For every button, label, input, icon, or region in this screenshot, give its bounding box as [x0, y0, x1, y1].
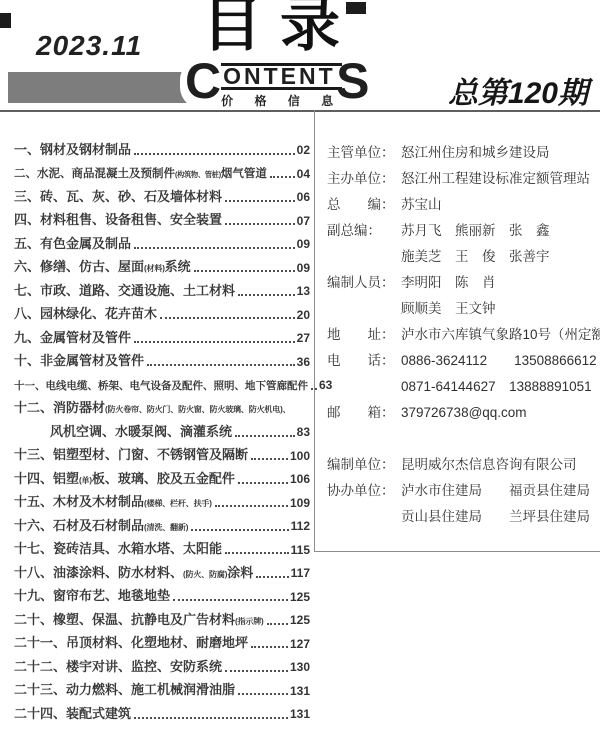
dotted-leader: [238, 693, 288, 695]
page-title: 目录: [202, 0, 358, 58]
toc-item: 二十二、楼宇对讲、监控、安防系统130: [14, 651, 310, 675]
toc-item: 十八、油漆涂料、防水材料、(防火、防腐)涂料117: [14, 557, 310, 581]
page-number: 106: [290, 473, 310, 486]
contents-letter-s: S: [336, 58, 369, 104]
info-label: 主办单位：: [327, 166, 401, 192]
issue-date: 2023.11: [36, 30, 142, 62]
toc-item: 九、金属管材及管件27: [14, 322, 310, 346]
toc-item-title: 二、水泥、商品混凝土及预制件(构筑物、管桩)烟气管道: [14, 168, 267, 181]
info-line: 顾顺美 王文钟: [327, 296, 596, 322]
info-line: 主办单位：怒江州工程建设标准定额管理站: [327, 166, 596, 192]
dotted-leader: [238, 294, 295, 296]
page-number: 07: [297, 215, 310, 228]
toc-item: 十六、石材及石材制品(清洗、翻新)112: [14, 510, 310, 534]
page-number: 04: [297, 168, 310, 181]
toc-item: 六、修缮、仿古、屋面(材料)系统09: [14, 252, 310, 276]
page-number: 36: [297, 356, 310, 369]
toc-item-title: 九、金属管材及管件: [14, 331, 131, 346]
page-number: 02: [297, 144, 310, 157]
info-line: 编制人员：李明阳 陈 肖: [327, 270, 596, 296]
page-number: 125: [290, 591, 310, 604]
toc-item-title: 风机空调、水暖泵阀、滴灌系统: [50, 425, 232, 440]
toc-item-title: 十五、木材及木材制品(楼梯、栏杆、扶手): [14, 495, 212, 510]
info-line: 副总编：苏月飞 熊丽新 张 鑫: [327, 218, 596, 244]
page-number: 112: [291, 520, 310, 533]
info-line: 地 址：泸水市六库镇气象路10号（州定额站）: [327, 322, 596, 348]
infobox: 主管单位：怒江州住房和城乡建设局主办单位：怒江州工程建设标准定额管理站总 编：苏…: [314, 110, 600, 552]
info-label: 电 话：: [327, 348, 401, 374]
toc-item-title: 五、有色金属及制品: [14, 237, 131, 252]
title-black-mark: [346, 2, 366, 14]
toc-item-title: 十四、铝塑(单)板、玻璃、胶及五金配件: [14, 472, 235, 487]
dotted-leader: [194, 270, 295, 272]
info-line: 协办单位：泸水市住建局 福贡县住建局: [327, 478, 596, 504]
page-number: 130: [290, 661, 310, 674]
page-number: 115: [291, 544, 310, 557]
info-label: 编制单位：: [327, 452, 401, 478]
toc-item: 十九、窗帘布艺、地毯地垫125: [14, 581, 310, 605]
info-value: 苏宝山: [401, 192, 596, 218]
toc-item: 十七、瓷砖洁具、水箱水塔、太阳能115: [14, 534, 310, 558]
dotted-leader: [251, 458, 288, 460]
info-value: 贡山县住建局 兰坪县住建局: [401, 504, 596, 530]
info-line: 电 话：0886-3624112 13508866612（陈工）: [327, 348, 596, 374]
dotted-leader: [134, 247, 295, 249]
info-label: 主管单位：: [327, 140, 401, 166]
toc-item-title: 四、材料租售、设备租售、安全装置: [14, 213, 222, 228]
page-number: 09: [297, 262, 310, 275]
toc-item-title: 十六、石材及石材制品(清洗、翻新): [14, 519, 188, 534]
toc-item: 二、水泥、商品混凝土及预制件(构筑物、管桩)烟气管道04: [14, 158, 310, 182]
dotted-leader: [160, 317, 295, 319]
page-number: 13: [297, 285, 310, 298]
page-number: 83: [297, 426, 310, 439]
info-line: 0871-64144627 13888891051（王工）: [327, 374, 596, 400]
toc-item-title: 二十四、装配式建筑: [14, 707, 131, 722]
toc-item-title: 十一、电线电缆、桥架、电气设备及配件、照明、地下管廊配件: [14, 380, 308, 392]
infobox-lines: 主管单位：怒江州住房和城乡建设局主办单位：怒江州工程建设标准定额管理站总 编：苏…: [327, 140, 596, 530]
toc-item: 二十一、吊顶材料、化塑地材、耐磨地坪127: [14, 628, 310, 652]
dotted-leader: [256, 576, 288, 578]
info-value: 泸水市住建局 福贡县住建局: [401, 478, 596, 504]
toc-item-title: 六、修缮、仿古、屋面(材料)系统: [14, 260, 191, 275]
page-number: 131: [290, 685, 310, 698]
toc-item: 五、有色金属及制品09: [14, 228, 310, 252]
dotted-leader: [251, 646, 288, 648]
dotted-leader: [235, 435, 295, 437]
page-number: 06: [297, 191, 310, 204]
page-number: 09: [297, 238, 310, 251]
dotted-leader: [173, 599, 288, 601]
dotted-leader: [134, 153, 295, 155]
dotted-leader: [147, 364, 295, 366]
info-label: 总 编：: [327, 192, 401, 218]
toc-item-title: 三、砖、瓦、灰、砂、石及墙体材料: [14, 190, 222, 205]
toc-page: 2023.11 目录 C ONTENT 价 格 信 息 S 总第120期 一、钢…: [0, 0, 600, 732]
toc-item: 二十四、装配式建筑131: [14, 698, 310, 722]
info-value: 苏月飞 熊丽新 张 鑫: [401, 218, 596, 244]
info-line: 编制单位：昆明威尔杰信息咨询有限公司: [327, 452, 596, 478]
dotted-leader: [267, 623, 288, 625]
info-label: 邮 箱：: [327, 400, 401, 426]
toc-item-title: 十九、窗帘布艺、地毯地垫: [14, 589, 170, 604]
contents-word: ONTENT: [221, 63, 342, 90]
toc-item-title: 十二、消防器材(防火卷帘、防火门、防火窗、防火玻璃、防火机电)、: [14, 401, 290, 416]
info-value: 施美芝 王 俊 张善宇: [401, 244, 596, 270]
info-value: 昆明威尔杰信息咨询有限公司: [401, 452, 596, 478]
toc-item: 四、材料租售、设备租售、安全装置07: [14, 205, 310, 229]
dotted-leader: [134, 717, 288, 719]
page-number: 27: [297, 332, 310, 345]
toc-item-title: 二十一、吊顶材料、化塑地材、耐磨地坪: [14, 636, 248, 651]
page-number: 131: [290, 708, 310, 721]
toc-item-title: 十、非金属管材及管件: [14, 354, 144, 369]
corner-mark: [0, 13, 11, 28]
toc-item: 二十三、动力燃料、施工机械润滑油脂131: [14, 675, 310, 699]
contents-subtitle: 价 格 信 息: [221, 92, 342, 109]
toc-item: 十五、木材及木材制品(楼梯、栏杆、扶手)109: [14, 487, 310, 511]
info-value: 李明阳 陈 肖: [401, 270, 596, 296]
page-number: 127: [290, 638, 310, 651]
dotted-leader: [270, 176, 295, 178]
page-number: 20: [297, 309, 310, 322]
header-gray-bar: [8, 72, 188, 103]
toc-item-title: 十八、油漆涂料、防水材料、(防火、防腐)涂料: [14, 566, 253, 581]
page-number: 109: [290, 497, 310, 510]
toc-item: 风机空调、水暖泵阀、滴灌系统83: [14, 416, 310, 440]
info-value: 0886-3624112 13508866612（陈工）: [401, 348, 600, 374]
toc-item-title: 二十、橡塑、保温、抗静电及广告材料(指示牌): [14, 613, 264, 628]
page-number: 100: [290, 450, 310, 463]
info-line: 施美芝 王 俊 张善宇: [327, 244, 596, 270]
dotted-leader: [215, 505, 288, 507]
toc-item: 八、园林绿化、花卉苗木20: [14, 299, 310, 323]
info-value: 泸水市六库镇气象路10号（州定额站）: [401, 322, 600, 348]
info-value: 0871-64144627 13888891051（王工）: [401, 374, 600, 400]
dotted-leader: [225, 200, 295, 202]
toc-item-title: 八、园林绿化、花卉苗木: [14, 307, 157, 322]
dotted-leader: [134, 341, 295, 343]
dotted-leader: [191, 529, 288, 531]
info-label: 副总编：: [327, 218, 401, 244]
toc-item: 七、市政、道路、交通设施、土工材料13: [14, 275, 310, 299]
info-value: 379726738@qq.com: [401, 400, 596, 426]
toc-item: 十三、铝塑型材、门窗、不锈钢管及隔断100: [14, 440, 310, 464]
toc-item: 十一、电线电缆、桥架、电气设备及配件、照明、地下管廊配件63: [14, 369, 310, 393]
info-label: 协办单位：: [327, 478, 401, 504]
toc-item: 三、砖、瓦、灰、砂、石及墙体材料06: [14, 181, 310, 205]
toc-item-title: 七、市政、道路、交通设施、土工材料: [14, 284, 235, 299]
toc-item: 二十、橡塑、保温、抗静电及广告材料(指示牌)125: [14, 604, 310, 628]
info-line: 贡山县住建局 兰坪县住建局: [327, 504, 596, 530]
page-number: 117: [291, 567, 310, 580]
info-label: 地 址：: [327, 322, 401, 348]
toc-item: 十二、消防器材(防火卷帘、防火门、防火窗、防火玻璃、防火机电)、: [14, 393, 310, 417]
toc-item: 十四、铝塑(单)板、玻璃、胶及五金配件106: [14, 463, 310, 487]
toc-item-title: 二十三、动力燃料、施工机械润滑油脂: [14, 683, 235, 698]
issue-number: 总第120期: [448, 68, 588, 112]
toc-item-title: 十三、铝塑型材、门窗、不锈钢管及隔断: [14, 448, 248, 463]
toc-item: 一、钢材及钢材制品02: [14, 134, 310, 158]
toc-list: 一、钢材及钢材制品02二、水泥、商品混凝土及预制件(构筑物、管桩)烟气管道04三…: [14, 134, 310, 722]
info-value: 怒江州住房和城乡建设局: [401, 140, 596, 166]
page-number: 125: [290, 614, 310, 627]
dotted-leader: [225, 670, 288, 672]
info-line: 邮 箱：379726738@qq.com: [327, 400, 596, 426]
contents-logo: C ONTENT 价 格 信 息 S: [180, 58, 369, 109]
info-value: 怒江州工程建设标准定额管理站: [401, 166, 596, 192]
contents-letter-c: C: [185, 58, 221, 104]
dotted-leader: [225, 552, 289, 554]
info-line: 总 编：苏宝山: [327, 192, 596, 218]
info-value: 顾顺美 王文钟: [401, 296, 596, 322]
toc-item-title: 二十二、楼宇对讲、监控、安防系统: [14, 660, 222, 675]
info-label: 编制人员：: [327, 270, 401, 296]
dotted-leader: [238, 482, 288, 484]
toc-item-title: 一、钢材及钢材制品: [14, 143, 131, 158]
info-line: 主管单位：怒江州住房和城乡建设局: [327, 140, 596, 166]
toc-item-title: 十七、瓷砖洁具、水箱水塔、太阳能: [14, 542, 222, 557]
dotted-leader: [225, 223, 295, 225]
toc-item: 十、非金属管材及管件36: [14, 346, 310, 370]
